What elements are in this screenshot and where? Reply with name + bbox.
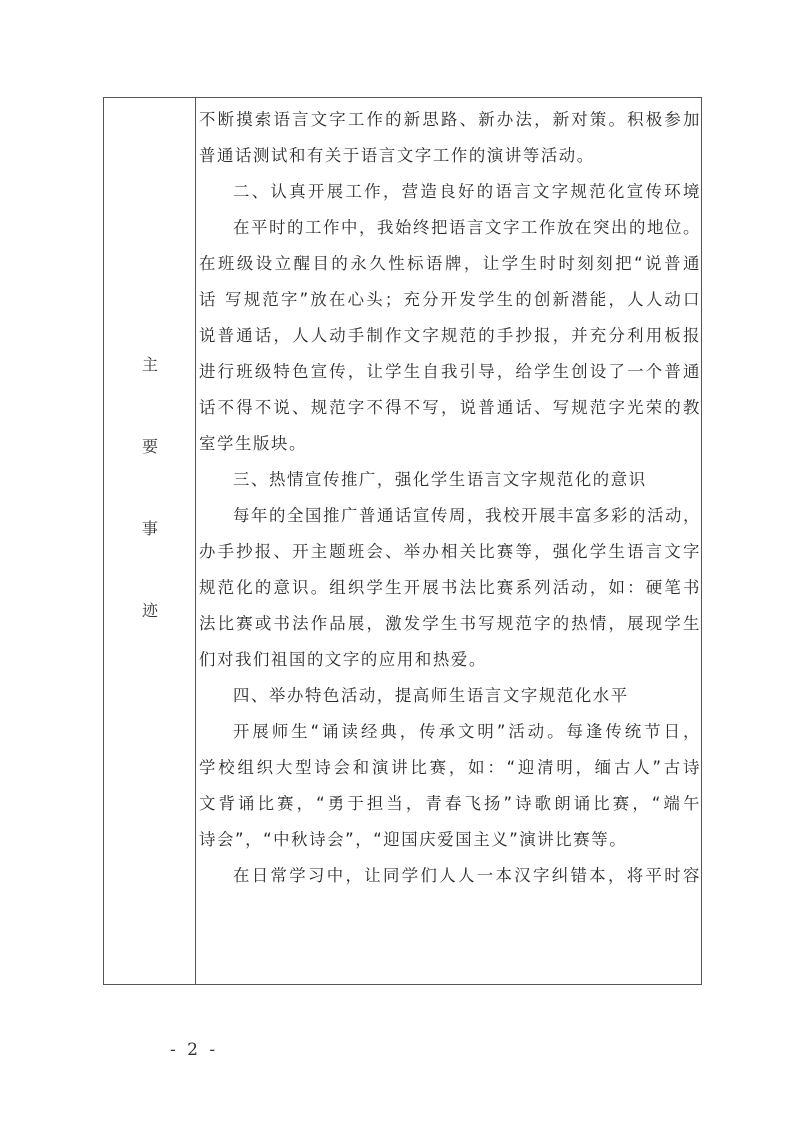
label-char-deeds: 迹 [104,598,196,621]
achievements-table: 主 要 事 迹 不断摸索语言文字工作的新思路、新办法，新对策。积极参加普通话测试… [103,97,702,985]
text-line: 不断摸索语言文字工作的新思路、新办法，新对策。积极参加 [199,102,701,138]
text-line: 二、认真开展工作，营造良好的语言文字规范化宣传环境 [199,174,701,210]
text-line: 普通话测试和有关于语言文字工作的演讲等活动。 [199,138,701,174]
text-line: 们对我们祖国的文字的应用和热爱。 [199,642,701,678]
content-column: 不断摸索语言文字工作的新思路、新办法，新对策。积极参加普通话测试和有关于语言文字… [197,98,701,984]
text-line: 在班级设立醒目的永久性标语牌，让学生时时刻刻把“说普通 [199,246,701,282]
label-char-main: 主 [104,352,196,375]
text-line: 法比赛或书法作品展，激发学生书写规范字的热情，展现学生 [199,606,701,642]
text-line: 文背诵比赛，“勇于担当，青春飞扬”诗歌朗诵比赛，“端午 [199,786,701,822]
text-line: 在平时的工作中，我始终把语言文字工作放在突出的地位。 [199,210,701,246]
text-line: 规范化的意识。组织学生开展书法比赛系列活动，如：硬笔书 [199,570,701,606]
text-line: 每年的全国推广普通话宣传周，我校开展丰富多彩的活动， [199,498,701,534]
text-line: 开展师生“诵读经典，传承文明”活动。每逢传统节日， [199,714,701,750]
text-line: 四、举办特色活动，提高师生语言文字规范化水平 [199,678,701,714]
text-line: 话不得不说、规范字不得不写，说普通话、写规范字光荣的教 [199,390,701,426]
label-char-important: 要 [104,434,196,457]
text-line: 室学生版块。 [199,426,701,462]
text-line: 学校组织大型诗会和演讲比赛，如：“迎清明，缅古人”古诗 [199,750,701,786]
text-line: 进行班级特色宣传，让学生自我引导，给学生创设了一个普通 [199,354,701,390]
page-number: - 2 - [170,1040,218,1060]
text-line: 三、热情宣传推广，强化学生语言文字规范化的意识 [199,462,701,498]
label-char-matter: 事 [104,516,196,539]
label-column: 主 要 事 迹 [104,98,196,984]
text-line: 说普通话，人人动手制作文字规范的手抄报，并充分利用板报 [199,318,701,354]
text-line: 在日常学习中，让同学们人人一本汉字纠错本，将平时容 [199,858,701,894]
text-line: 办手抄报、开主题班会、举办相关比赛等，强化学生语言文字 [199,534,701,570]
text-line: 话 写规范字”放在心头；充分开发学生的创新潜能，人人动口 [199,282,701,318]
text-line: 诗会”，“中秋诗会”，“迎国庆爱国主义”演讲比赛等。 [199,822,701,858]
